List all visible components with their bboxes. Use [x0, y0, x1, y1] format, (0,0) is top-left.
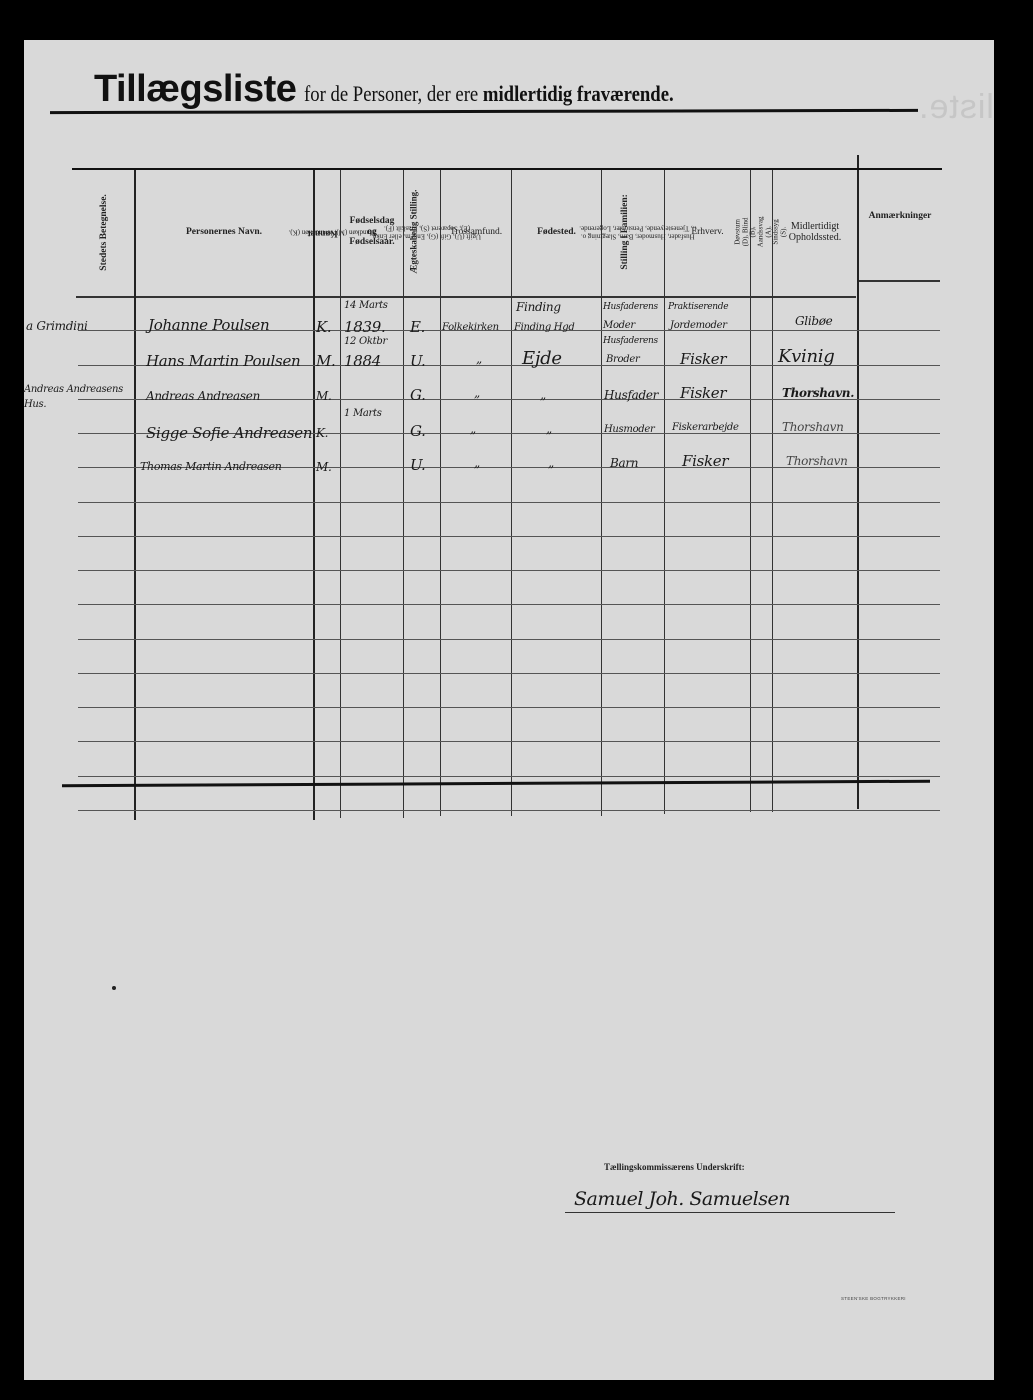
cell-kjon: M.	[316, 389, 332, 403]
cell-fodested-1: Ejde	[522, 348, 562, 369]
header-label: Trossamfund.	[450, 227, 502, 238]
bleed-through-text: liste.	[918, 88, 994, 127]
row-line	[78, 502, 940, 503]
header-label: Stilling i Familien: Husfader, Husmoder,…	[620, 173, 646, 291]
header-anmerkninger: Anmærkninger	[858, 160, 942, 272]
cell-stilling-2: Broder	[606, 354, 639, 365]
cell-erhverv-1: Fisker	[680, 384, 726, 402]
ink-dot	[112, 986, 116, 990]
cell-egt: U.	[410, 352, 425, 370]
cell-navn: Johanne Poulsen	[148, 316, 269, 334]
cell-kjon: K.	[316, 426, 328, 440]
cell-egt: U.	[410, 456, 425, 474]
header-label: Ægteskabelig Stilling. Ugift (U), Gift (…	[409, 173, 434, 291]
cell-fodested-2: Finding Hgd	[514, 322, 574, 333]
cell-egt: G.	[410, 386, 426, 404]
cell-erhverv-1: Fiskerarbejde	[672, 422, 739, 433]
row-line	[78, 536, 940, 537]
cell-opholdssted: Thorshavn	[782, 420, 844, 434]
header-divider	[76, 296, 856, 298]
cell-fodested-1: „	[546, 422, 552, 436]
cell-tro: „	[470, 422, 476, 436]
header-label: Midlertidigt Opholdssted.	[773, 221, 857, 244]
cell-erhverv-1: Fisker	[682, 452, 728, 470]
row-line	[78, 776, 940, 777]
cell-tro: Folkekirken	[442, 322, 499, 333]
cell-opholdssted: Glibøe	[795, 314, 832, 328]
cell-navn: Thomas Martin Andreasen	[140, 460, 282, 473]
cell-kjon: K.	[316, 318, 331, 336]
cell-egt: E.	[410, 318, 425, 336]
title-main: Tillægsliste	[94, 68, 296, 110]
cell-stilling-1: Husfader	[604, 388, 658, 402]
cell-stilling-1: Husmoder	[604, 424, 655, 435]
cell-fodested-1: „	[548, 456, 554, 470]
cell-fodsel-dag: 12 Oktbr	[344, 336, 387, 347]
cell-fodsel-dag: 1 Marts	[344, 408, 382, 419]
cell-fodsel-aar: 1839.	[344, 318, 385, 336]
cell-tro: „	[474, 386, 480, 400]
cell-stilling-2: Moder	[603, 320, 635, 331]
header-stilling-familien: Stilling i Familien: Husfader, Husmoder,…	[602, 170, 664, 294]
cell-egt: G.	[410, 422, 426, 440]
cell-stilling-1: Husfaderens	[603, 302, 658, 312]
header-dovstum: Døvstum (D), Blind (B), Aandssvag (A), S…	[751, 170, 772, 294]
col-line	[340, 168, 341, 818]
cell-fodested-1: Finding	[516, 300, 561, 314]
row-line	[78, 570, 940, 571]
cell-kjon: M.	[316, 352, 336, 370]
cell-navn: Hans Martin Poulsen	[146, 352, 300, 370]
header-top-rule	[72, 168, 942, 170]
printer-mark: STEEN'SKE BOGTRYKKERI	[841, 1296, 906, 1301]
cell-fodested-1: „	[540, 388, 546, 402]
header-stedets-betegnelse: Stedets Betegnelse.	[76, 170, 132, 294]
title-subtitle: for de Personer, der ere midlertidig fra…	[304, 81, 674, 107]
cell-erhverv-1: Fisker	[680, 350, 726, 368]
signature-line	[565, 1212, 895, 1213]
cell-tro: „	[474, 456, 480, 470]
cell-opholdssted: Thorshavn	[786, 454, 848, 468]
cell-navn: Andreas Andreasen	[146, 389, 260, 403]
row-line	[78, 604, 940, 605]
header-trossamfund: Trossamfund.	[441, 170, 511, 294]
cell-stilling-1: Barn	[610, 456, 638, 470]
cell-opholdssted: Kvinig	[778, 346, 834, 367]
cell-erhverv-2: Jordemoder	[670, 320, 727, 331]
cell-opholdssted: Thorshavn.	[782, 386, 854, 400]
cell-fodsel-dag: 14 Marts	[344, 300, 388, 311]
signature: Samuel Joh. Samuelsen	[574, 1188, 790, 1210]
row-line	[78, 741, 940, 742]
cell-kjon: M.	[316, 460, 332, 474]
form-title: Tillægslistefor de Personer, der ere mid…	[94, 68, 739, 111]
row-line	[78, 639, 940, 640]
header-kjonnet: KønnetMandkøn (M), Kvindekøn (K).	[314, 170, 340, 294]
title-middle: for de Personer, der ere	[304, 81, 478, 106]
header-label: KønnetMandkøn (M), Kvindekøn (K).	[318, 188, 337, 275]
header-label: Fødested.	[537, 227, 576, 238]
cell-sted: a Grimdini	[26, 319, 88, 333]
cell-navn: Sigge Sofie Andreasen	[146, 424, 312, 442]
cell-stilling-1: Husfaderens	[603, 336, 658, 346]
row-line	[78, 810, 940, 811]
header-divider-anm	[858, 280, 940, 282]
header-label: Erhverv.	[691, 227, 723, 238]
header-midlertidigt-opholdssted: Midlertidigt Opholdssted.	[773, 170, 857, 294]
cell-sted: Andreas Andreasens Hus.	[24, 382, 129, 412]
cell-erhverv-1: Praktiserende	[668, 302, 728, 312]
header-label: Personernes Navn.	[186, 227, 262, 238]
header-label: Anmærkninger	[869, 211, 932, 222]
signature-label: Tællingskommissærens Underskrift:	[604, 1162, 745, 1172]
row-line	[78, 673, 940, 674]
row-line	[78, 707, 940, 708]
cell-tro: „	[476, 352, 482, 366]
header-egteskabelig-stilling: Ægteskabelig Stilling. Ugift (U), Gift (…	[404, 170, 440, 294]
title-bold: midlertidig fraværende.	[483, 81, 674, 106]
cell-fodsel-aar: 1884	[344, 352, 381, 370]
header-label: Stedets Betegnelse.	[99, 194, 110, 271]
